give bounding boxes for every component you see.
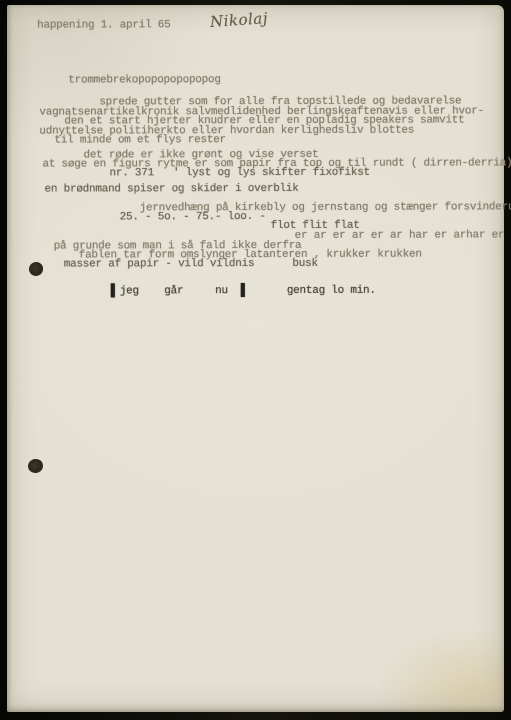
- typed-line: er ar er ar er ar har er arhar er: [295, 230, 505, 242]
- header-date-line: happening 1. april 65: [37, 20, 170, 31]
- typed-line: trommebrekopopopopopopog: [68, 75, 220, 86]
- stamp-boxed-text: jeg går nu: [120, 285, 228, 297]
- typed-line: nr. 371 ' lyst og lys skifter fixofikst: [110, 168, 370, 180]
- paper-sheet: happening 1. april 65 trommebrekopopopop…: [7, 5, 504, 712]
- typed-line: en brødnmand spiser og skider i overblik: [45, 184, 299, 196]
- typed-line: til minde om et flys rester: [54, 135, 226, 146]
- stamp-bar-left-icon: [111, 283, 115, 297]
- typed-text-layer: happening 1. april 65 trommebrekopopopop…: [6, 4, 505, 712]
- stamp-bar-right-icon: [241, 283, 245, 297]
- typed-line: masser af papir - vild vildnis busk: [64, 259, 318, 271]
- scanned-document: happening 1. april 65 trommebrekopopopop…: [0, 0, 511, 720]
- stamp-repeat-instruction: gentag lo min.: [287, 285, 376, 297]
- typed-line: 25. - 5o. - 75.- loo. -: [120, 212, 266, 223]
